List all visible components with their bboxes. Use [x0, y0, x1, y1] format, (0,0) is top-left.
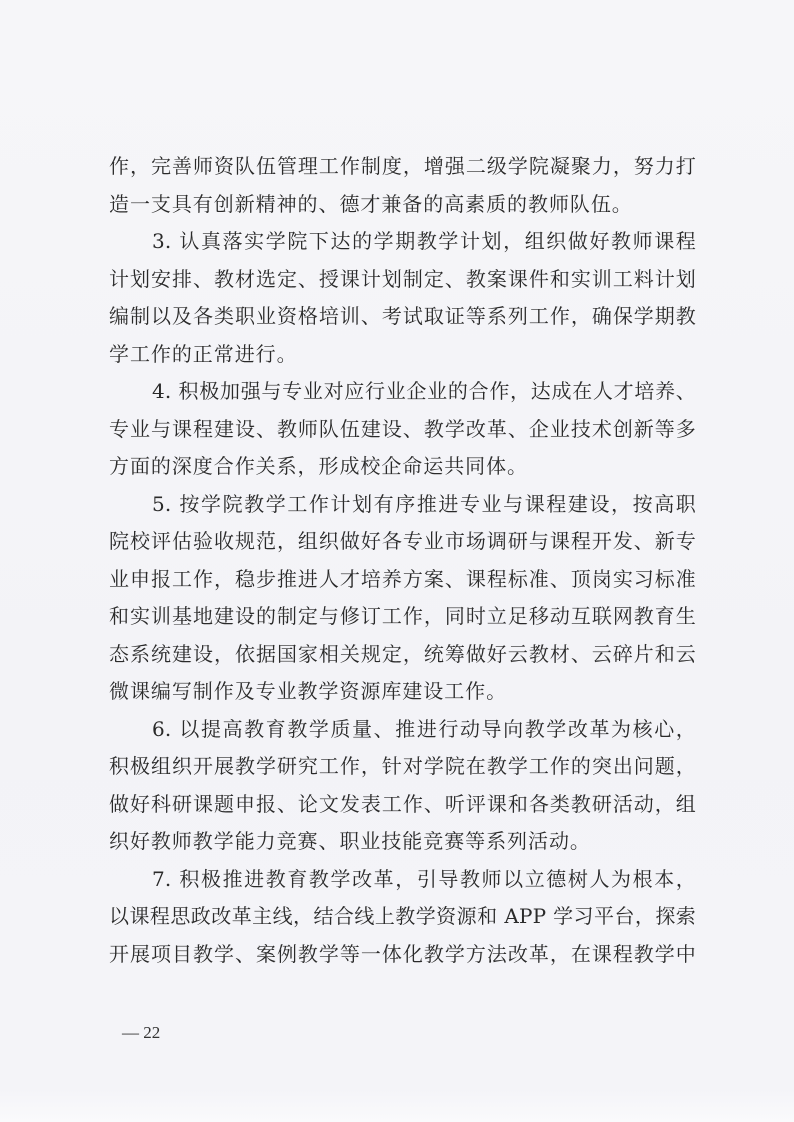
text-line: 做好科研课题申报、论文发表工作、听评课和各类教研活动，组	[109, 786, 696, 824]
paragraph-item-7-first-line: 7. 积极推进教育教学改革，引导教师以立德树人为根本，	[109, 861, 696, 899]
paragraph-item-4-first-line: 4. 积极加强与专业对应行业企业的合作，达成在人才培养、	[109, 373, 696, 411]
text-line: 造一支具有创新精神的、德才兼备的高素质的教师队伍。	[109, 186, 696, 224]
text-line: 计划安排、教材选定、授课计划制定、教案课件和实训工料计划	[109, 261, 696, 299]
text-line: 态系统建设，依据国家相关规定，统筹做好云教材、云碎片和云	[109, 636, 696, 674]
text-line: 微课编写制作及专业教学资源库建设工作。	[109, 673, 696, 711]
paragraph-item-3-first-line: 3. 认真落实学院下达的学期教学计划，组织做好教师课程	[109, 223, 696, 261]
text-line: 和实训基地建设的制定与修订工作，同时立足移动互联网教育生	[109, 598, 696, 636]
page-number: — 22	[122, 1021, 160, 1045]
text-line: 织好教师教学能力竞赛、职业技能竞赛等系列活动。	[109, 823, 696, 861]
text-line: 编制以及各类职业资格培训、考试取证等系列工作，确保学期教	[109, 298, 696, 336]
paragraph-item-5-first-line: 5. 按学院教学工作计划有序推进专业与课程建设，按高职	[109, 486, 696, 524]
text-line: 方面的深度合作关系，形成校企命运共同体。	[109, 448, 696, 486]
text-line: 院校评估验收规范，组织做好各专业市场调研与课程开发、新专	[109, 523, 696, 561]
text-line: 业申报工作，稳步推进人才培养方案、课程标准、顶岗实习标准	[109, 561, 696, 599]
text-line: 开展项目教学、案例教学等一体化教学方法改革，在课程教学中	[109, 936, 696, 974]
document-page: 作，完善师资队伍管理工作制度，增强二级学院凝聚力，努力打 造一支具有创新精神的、…	[0, 0, 794, 1122]
text-line: 作，完善师资队伍管理工作制度，增强二级学院凝聚力，努力打	[109, 148, 696, 186]
text-line: 以课程思政改革主线，结合线上教学资源和 APP 学习平台，探索	[109, 898, 696, 936]
text-line: 积极组织开展教学研究工作，针对学院在教学工作的突出问题，	[109, 748, 696, 786]
text-line: 学工作的正常进行。	[109, 336, 696, 374]
paragraph-item-6-first-line: 6. 以提高教育教学质量、推进行动导向教学改革为核心，	[109, 711, 696, 749]
text-line: 专业与课程建设、教师队伍建设、教学改革、企业技术创新等多	[109, 411, 696, 449]
body-text: 作，完善师资队伍管理工作制度，增强二级学院凝聚力，努力打 造一支具有创新精神的、…	[109, 148, 696, 973]
